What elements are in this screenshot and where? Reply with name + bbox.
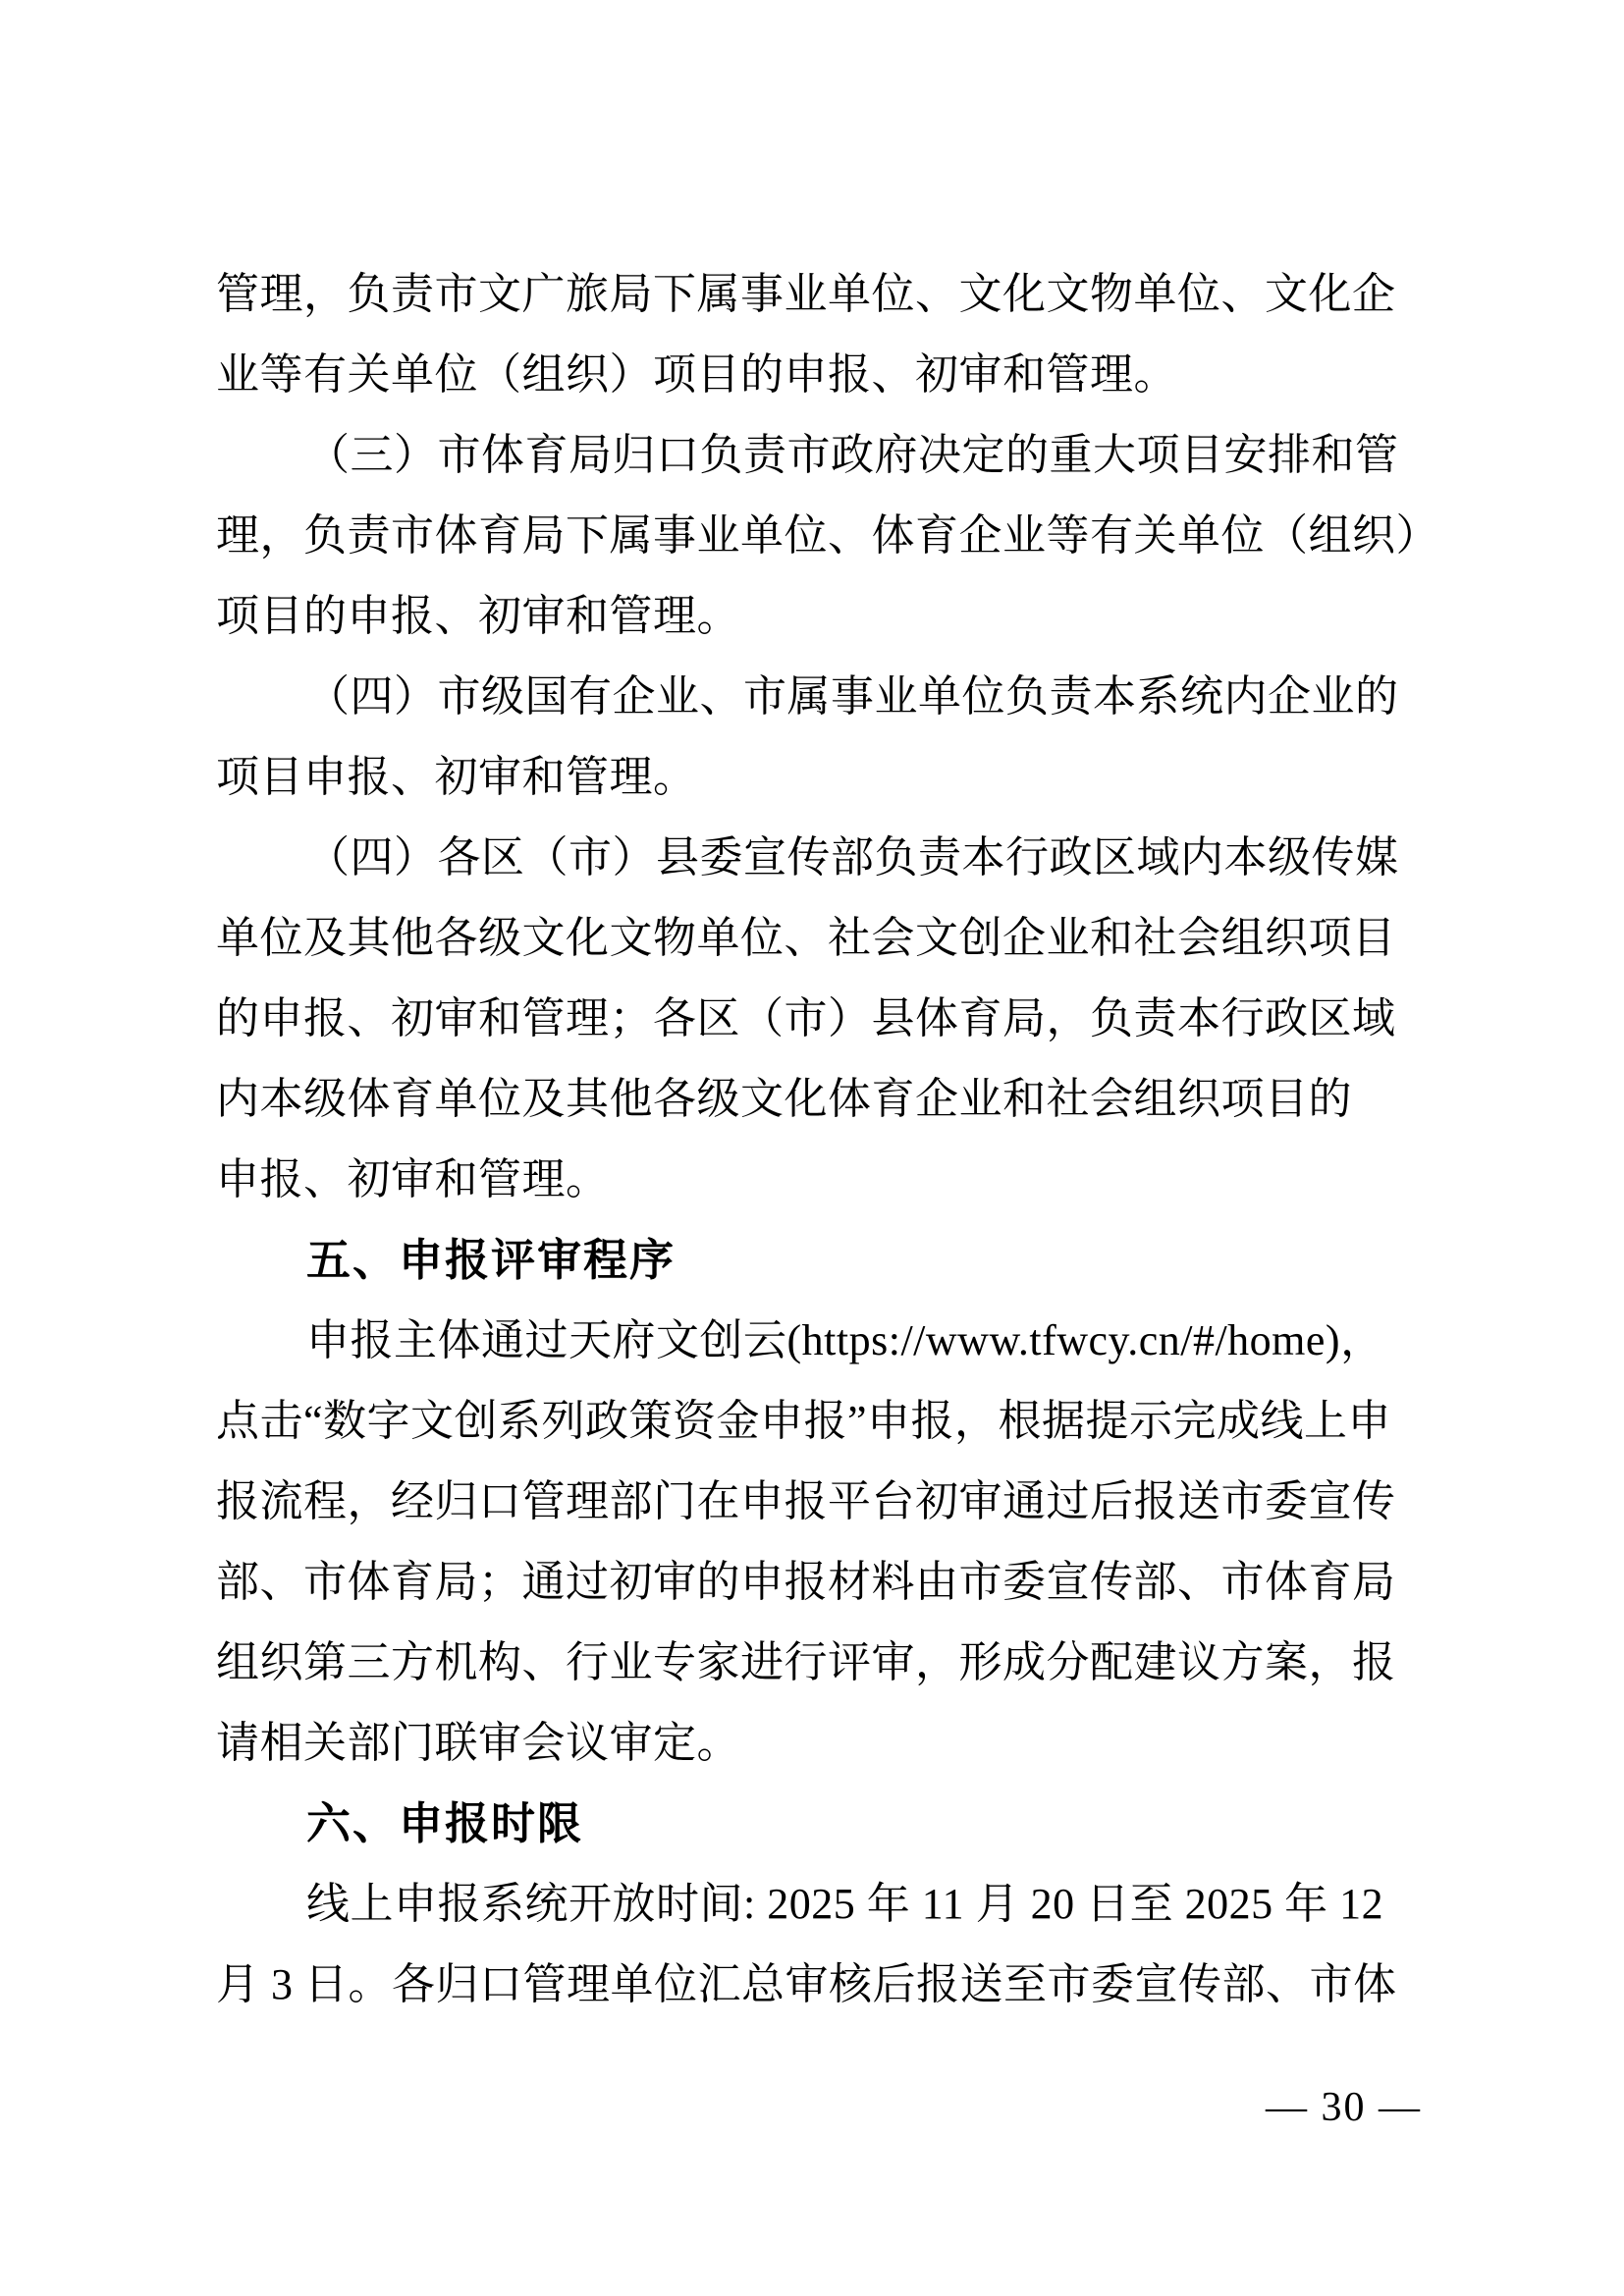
text-line: 单位及其他各级文化文物单位、社会文创企业和社会组织项目 bbox=[216, 898, 1453, 979]
text-line: （四）市级国有企业、市属事业单位负责本系统内企业的 bbox=[216, 657, 1453, 737]
text-line: 申报、初审和管理。 bbox=[216, 1140, 1453, 1220]
text-line: 部、市体育局；通过初审的申报材料由市委宣传部、市体育局 bbox=[216, 1542, 1453, 1623]
text-line: 项目的申报、初审和管理。 bbox=[216, 576, 1453, 657]
text-line: 业等有关单位（组织）项目的申报、初审和管理。 bbox=[216, 335, 1453, 415]
text-line: 管理，负责市文广旅局下属事业单位、文化文物单位、文化企 bbox=[216, 254, 1453, 335]
section-heading: 六、申报时限 bbox=[216, 1784, 1453, 1864]
section-heading: 五、申报评审程序 bbox=[216, 1220, 1453, 1301]
text-line: 组织第三方机构、行业专家进行评审，形成分配建议方案，报 bbox=[216, 1623, 1453, 1703]
page-number: — 30 — bbox=[1266, 2087, 1422, 2128]
text-line: 月 3 日。各归口管理单位汇总审核后报送至市委宣传部、市体 bbox=[216, 1945, 1453, 2025]
document-page: 管理，负责市文广旅局下属事业单位、文化文物单位、文化企 业等有关单位（组织）项目… bbox=[0, 0, 1624, 2296]
text-line: 点击“数字文创系列政策资金申报”申报，根据提示完成线上申 bbox=[216, 1381, 1453, 1462]
text-line: 的申报、初审和管理；各区（市）县体育局，负责本行政区域 bbox=[216, 979, 1453, 1059]
text-line: 报流程，经归口管理部门在申报平台初审通过后报送市委宣传 bbox=[216, 1462, 1453, 1542]
text-line: 理，负责市体育局下属事业单位、体育企业等有关单位（组织） bbox=[216, 496, 1453, 576]
text-line: 项目申报、初审和管理。 bbox=[216, 737, 1453, 818]
text-line: 申报主体通过天府文创云(https://www.tfwcy.cn/#/home)… bbox=[216, 1301, 1453, 1381]
text-line: 请相关部门联审会议审定。 bbox=[216, 1703, 1453, 1784]
text-line: （四）各区（市）县委宣传部负责本行政区域内本级传媒 bbox=[216, 818, 1453, 898]
text-line: 线上申报系统开放时间: 2025 年 11 月 20 日至 2025 年 12 bbox=[216, 1864, 1453, 1945]
page-content: 管理，负责市文广旅局下属事业单位、文化文物单位、文化企 业等有关单位（组织）项目… bbox=[216, 254, 1453, 2025]
text-line: 内本级体育单位及其他各级文化体育企业和社会组织项目的 bbox=[216, 1059, 1453, 1140]
text-line: （三）市体育局归口负责市政府决定的重大项目安排和管 bbox=[216, 415, 1453, 496]
